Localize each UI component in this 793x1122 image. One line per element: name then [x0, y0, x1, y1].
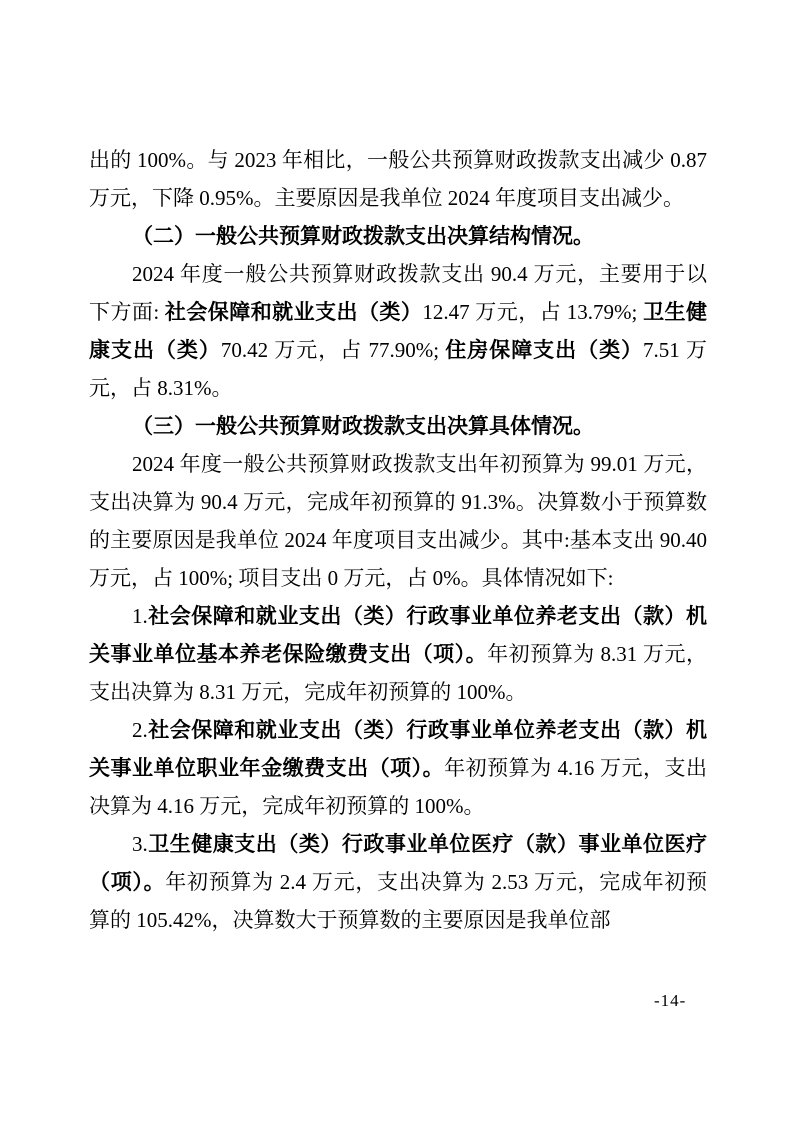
- text-run: 出的 100%。与 2023 年相比，一般公共预算财政拨款支出减少 0.87 万…: [89, 148, 707, 210]
- bold-text-run: （三）一般公共预算财政拨款支出决算具体情况。: [132, 414, 594, 438]
- paragraph: 2.社会保障和就业支出（类）行政事业单位养老支出（款）机关事业单位职业年金缴费支…: [89, 711, 707, 825]
- body-text: 出的 100%。与 2023 年相比，一般公共预算财政拨款支出减少 0.87 万…: [89, 141, 707, 939]
- text-run: 12.47 万元，占 13.79%;: [422, 300, 643, 324]
- paragraph: 出的 100%。与 2023 年相比，一般公共预算财政拨款支出减少 0.87 万…: [89, 141, 707, 217]
- text-run: 70.42 万元，占 77.90%;: [221, 338, 445, 362]
- paragraph: 3.卫生健康支出（类）行政事业单位医疗（款）事业单位医疗（项）。年初预算为 2.…: [89, 825, 707, 939]
- text-run: 3.: [132, 832, 148, 856]
- paragraph: 2024 年度一般公共预算财政拨款支出年初预算为 99.01 万元，支出决算为 …: [89, 445, 707, 597]
- page-number: -14-: [654, 991, 686, 1011]
- paragraph: 2024 年度一般公共预算财政拨款支出 90.4 万元，主要用于以下方面: 社会…: [89, 255, 707, 407]
- document-page: 出的 100%。与 2023 年相比，一般公共预算财政拨款支出减少 0.87 万…: [0, 0, 793, 1122]
- bold-text-run: 社会保障和就业支出（类）: [165, 300, 422, 324]
- text-run: 年初预算为 2.4 万元，支出决算为 2.53 万元，完成年初预算的 105.4…: [89, 870, 707, 932]
- bold-text-run: （二）一般公共预算财政拨款支出决算结构情况。: [132, 224, 594, 248]
- section-heading: （三）一般公共预算财政拨款支出决算具体情况。: [89, 407, 707, 445]
- text-run: 2024 年度一般公共预算财政拨款支出年初预算为 99.01 万元，支出决算为 …: [89, 452, 707, 590]
- bold-text-run: 住房保障支出（类）: [445, 338, 643, 362]
- text-run: 1.: [132, 604, 148, 628]
- section-heading: （二）一般公共预算财政拨款支出决算结构情况。: [89, 217, 707, 255]
- paragraph: 1.社会保障和就业支出（类）行政事业单位养老支出（款）机关事业单位基本养老保险缴…: [89, 597, 707, 711]
- text-run: 2.: [132, 718, 148, 742]
